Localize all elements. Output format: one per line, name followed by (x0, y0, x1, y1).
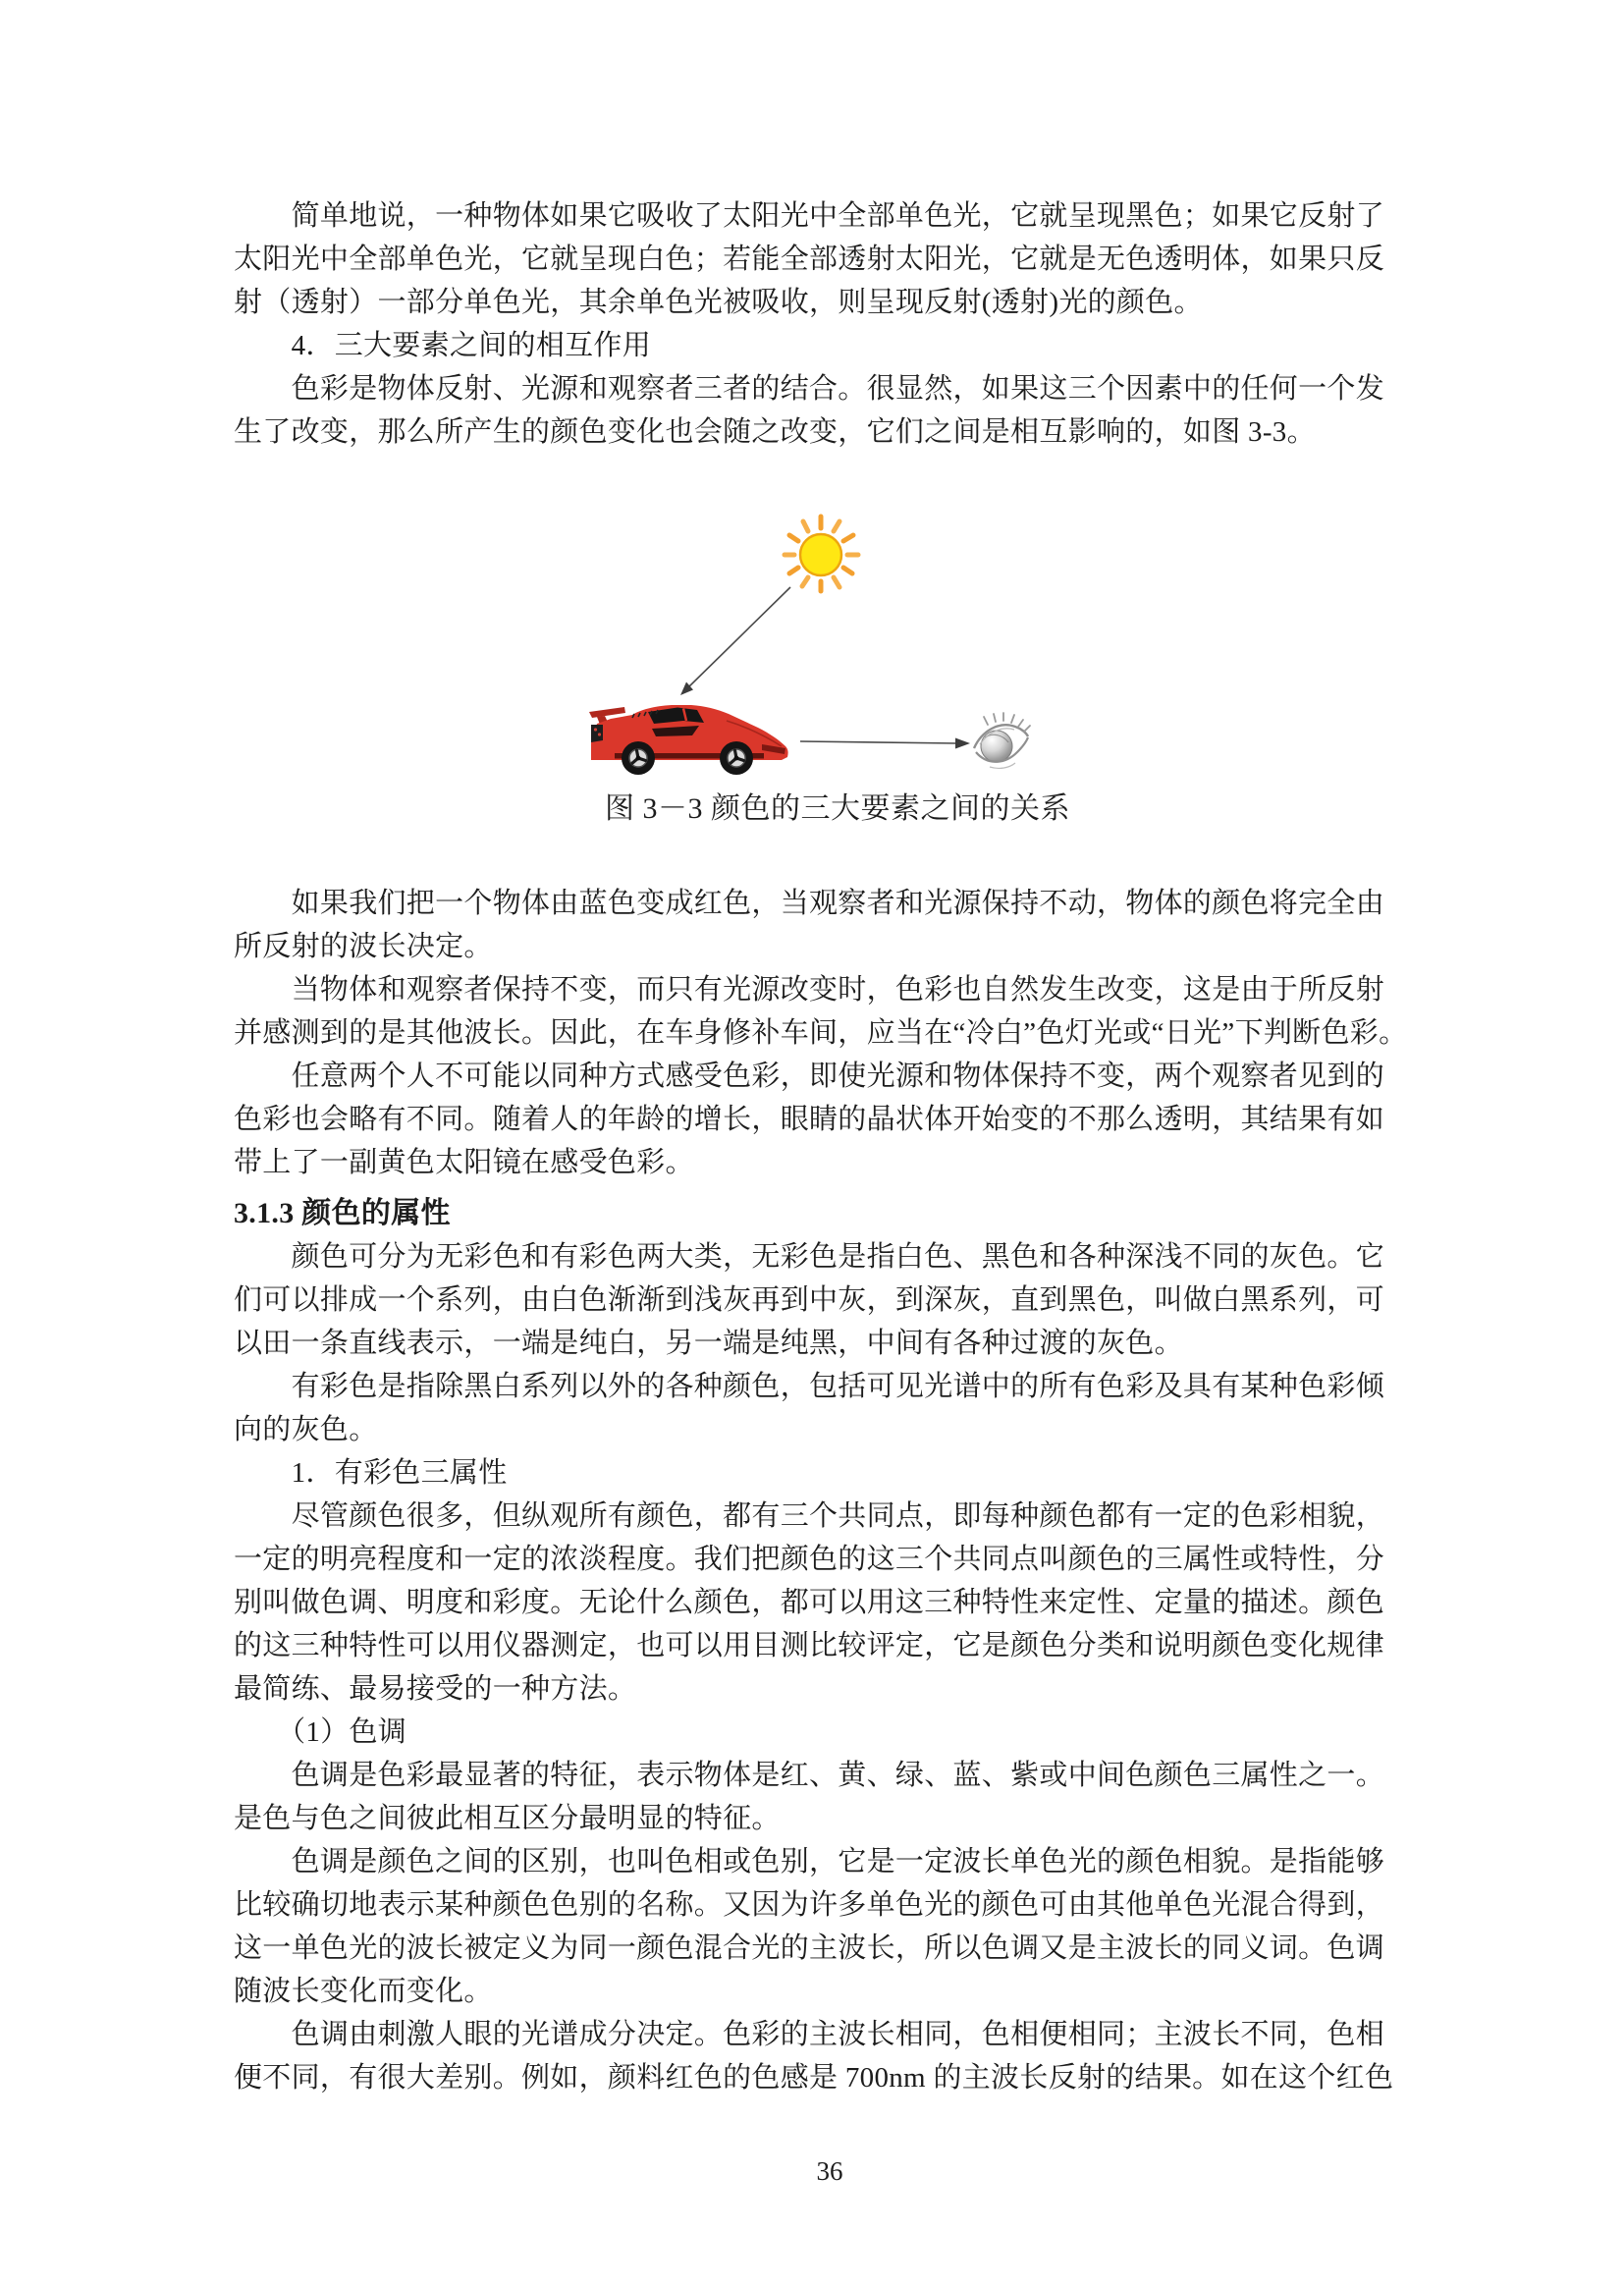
eye-icon (974, 713, 1030, 768)
text-line: 们可以排成一个系列，由白色渐渐到浅灰再到中灰，到深灰，直到黑色，叫做白黑系列，可 (234, 1279, 1382, 1322)
text-line: 的这三种特性可以用仪器测定，也可以用目测比较评定，它是颜色分类和说明颜色变化规律 (234, 1624, 1382, 1667)
text-line: 有彩色是指除黑白系列以外的各种颜色，包括可见光谱中的所有色彩及具有某种色彩倾 (234, 1365, 1382, 1408)
text-line: 色彩也会略有不同。随着人的年龄的增长，眼睛的晶状体开始变的不那么透明，其结果有如 (234, 1098, 1382, 1141)
text-line: 以田一条直线表示，一端是纯白，另一端是纯黑，中间有各种过渡的灰色。 (234, 1322, 1382, 1365)
text-line: 射（透射）一部分单色光，其余单色光被吸收，则呈现反射(透射)光的颜色。 (234, 281, 1382, 324)
text-line: 别叫做色调、明度和彩度。无论什么颜色，都可以用这三种特性来定性、定量的描述。颜色 (234, 1581, 1382, 1624)
text-line: 这一单色光的波长被定义为同一颜色混合光的主波长，所以色调又是主波长的同义词。色调 (234, 1927, 1382, 1970)
paragraph-achromatic: 颜色可分为无彩色和有彩色两大类，无彩色是指白色、黑色和各种深浅不同的灰色。它们可… (234, 1235, 1382, 1365)
figure-3-3: 图 3－3 颜色的三大要素之间的关系 (234, 454, 1382, 882)
body-text: 简单地说，一种物体如果它吸收了太阳光中全部单色光，它就呈现黑色；如果它反射了太阳… (234, 194, 1382, 2099)
text-line: 太阳光中全部单色光，它就呈现白色；若能全部透射太阳光，它就是无色透明体，如果只反 (234, 238, 1382, 281)
paragraph-absorption: 简单地说，一种物体如果它吸收了太阳光中全部单色光，它就呈现黑色；如果它反射了太阳… (234, 194, 1382, 324)
text-line: 最简练、最易接受的一种方法。 (234, 1667, 1382, 1711)
text-line: 并感测到的是其他波长。因此，在车身修补车间，应当在“冷白”色灯光或“日光”下判断… (234, 1011, 1382, 1055)
text-line: 所反射的波长决定。 (234, 925, 1382, 968)
text-line: 生了改变，那么所产生的颜色变化也会随之改变，它们之间是相互影响的，如图 3-3。 (234, 410, 1382, 454)
text-line: 简单地说，一种物体如果它吸收了太阳光中全部单色光，它就呈现黑色；如果它反射了 (234, 194, 1382, 238)
figure-caption: 图 3－3 颜色的三大要素之间的关系 (605, 788, 1070, 831)
page-number: 36 (817, 2156, 843, 2187)
text-line: 随波长变化而变化。 (234, 1970, 1382, 2013)
paragraph-hue-feature: 色调是色彩最显著的特征，表示物体是红、黄、绿、蓝、紫或中间色颜色三属性之一。是色… (234, 1754, 1382, 1840)
sun-icon (785, 517, 858, 591)
section-heading-3-1-3: 3.1.3 颜色的属性 (234, 1192, 1382, 1235)
paragraph-combination: 色彩是物体反射、光源和观察者三者的结合。很显然，如果这三个因素中的任何一个发生了… (234, 367, 1382, 454)
document-page: 简单地说，一种物体如果它吸收了太阳光中全部单色光，它就呈现黑色；如果它反射了太阳… (0, 0, 1624, 2285)
text-line: 色调是色彩最显著的特征，表示物体是红、黄、绿、蓝、紫或中间色颜色三属性之一。 (234, 1754, 1382, 1797)
text-line: 颜色可分为无彩色和有彩色两大类，无彩色是指白色、黑色和各种深浅不同的灰色。它 (234, 1235, 1382, 1279)
text-line: 带上了一副黄色太阳镜在感受色彩。 (234, 1141, 1382, 1184)
car-illustration (589, 705, 788, 775)
text-line: 尽管颜色很多，但纵观所有颜色，都有三个共同点，即每种颜色都有一定的色彩相貌， (234, 1495, 1382, 1538)
paragraph-light-source: 当物体和观察者保持不变，而只有光源改变时，色彩也自然发生改变，这是由于所反射并感… (234, 968, 1382, 1055)
text-line: 比较确切地表示某种颜色色别的名称。又因为许多单色光的颜色可由其他单色光混合得到， (234, 1883, 1382, 1927)
text-line: 向的灰色。 (234, 1408, 1382, 1451)
text-line: 色彩是物体反射、光源和观察者三者的结合。很显然，如果这三个因素中的任何一个发 (234, 367, 1382, 410)
text-line: 一定的明亮程度和一定的浓淡程度。我们把颜色的这三个共同点叫颜色的三属性或特性，分 (234, 1538, 1382, 1581)
paragraph-hue-spectrum: 色调由刺激人眼的光谱成分决定。色彩的主波长相同，色相便相同；主波长不同，色相便不… (234, 2013, 1382, 2099)
text-line: 如果我们把一个物体由蓝色变成红色，当观察者和光源保持不动，物体的颜色将完全由 (234, 882, 1382, 925)
text-line: 任意两个人不可能以同种方式感受色彩，即使光源和物体保持不变，两个观察者见到的 (234, 1055, 1382, 1098)
subheading-three-attributes: 1．有彩色三属性 (234, 1451, 1382, 1495)
subheading-hue: （1）色调 (234, 1711, 1382, 1754)
paragraph-hue-definition: 色调是颜色之间的区别，也叫色相或色别，它是一定波长单色光的颜色相貌。是指能够比较… (234, 1840, 1382, 2013)
light-arrow (680, 587, 790, 695)
paragraph-common-points: 尽管颜色很多，但纵观所有颜色，都有三个共同点，即每种颜色都有一定的色彩相貌，一定… (234, 1495, 1382, 1711)
text-line: 色调是颜色之间的区别，也叫色相或色别，它是一定波长单色光的颜色相貌。是指能够 (234, 1840, 1382, 1883)
text-line: 色调由刺激人眼的光谱成分决定。色彩的主波长相同，色相便相同；主波长不同，色相 (234, 2013, 1382, 2056)
paragraph-chromatic: 有彩色是指除黑白系列以外的各种颜色，包括可见光谱中的所有色彩及具有某种色彩倾向的… (234, 1365, 1382, 1451)
text-line: 便不同，有很大差别。例如，颜料红色的色感是 700nm 的主波长反射的结果。如在… (234, 2056, 1382, 2099)
reflection-arrow (800, 738, 970, 749)
paragraph-observers: 任意两个人不可能以同种方式感受色彩，即使光源和物体保持不变，两个观察者见到的色彩… (234, 1055, 1382, 1184)
subheading-three-factors: 4．三大要素之间的相互作用 (234, 324, 1382, 367)
text-line: 当物体和观察者保持不变，而只有光源改变时，色彩也自然发生改变，这是由于所反射 (234, 968, 1382, 1011)
paragraph-blue-to-red: 如果我们把一个物体由蓝色变成红色，当观察者和光源保持不动，物体的颜色将完全由所反… (234, 882, 1382, 968)
text-line: 是色与色之间彼此相互区分最明显的特征。 (234, 1797, 1382, 1840)
